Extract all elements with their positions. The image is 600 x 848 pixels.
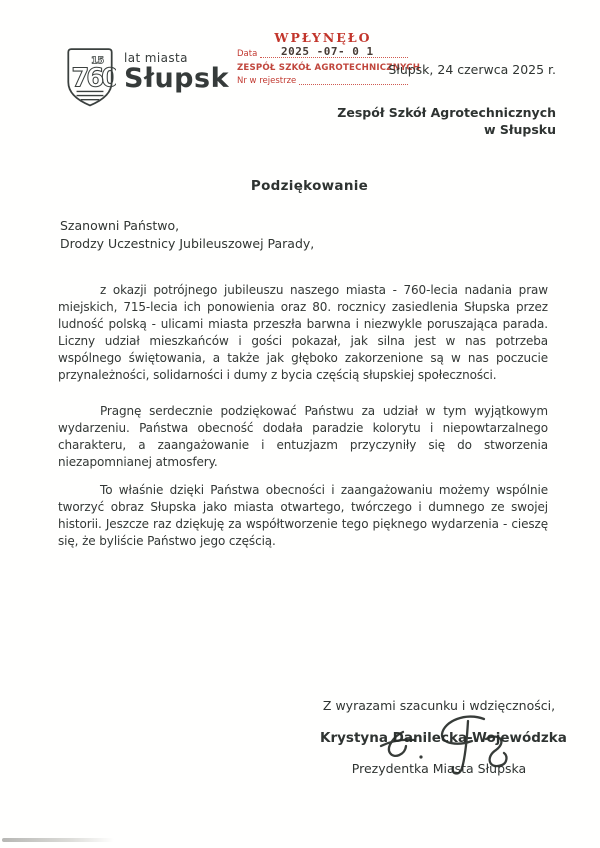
stamp-register-label: Nr w rejestrze: [237, 76, 296, 87]
closing-block: Z wyrazami szacunku i wdzięczności, Krys…: [320, 698, 558, 776]
letter-title: Podziękowanie: [64, 178, 555, 194]
salutation-line1: Szanowni Państwo,: [60, 217, 314, 235]
scanned-letter-page: 760 15 lat miasta Słupsk WPŁYNĘŁO Data 2…: [0, 0, 600, 848]
recipient-line1: Zespół Szkół Agrotechnicznych: [337, 104, 556, 121]
salutation-line2: Drodzy Uczestnicy Jubileuszowej Parady,: [60, 235, 314, 253]
stamp-dotted-leader: [299, 76, 408, 85]
signer-name: Krystyna Danilecka-Wojewódzka: [320, 730, 558, 746]
svg-text:15: 15: [91, 56, 104, 67]
body-paragraph-3: To właśnie dzięki Państwa obecności i za…: [58, 482, 548, 550]
closing-line: Z wyrazami szacunku i wdzięczności,: [320, 698, 558, 713]
stamp-date-label: Data: [237, 49, 257, 60]
stamp-received-word: WPŁYNĘŁO: [237, 30, 409, 45]
received-stamp: WPŁYNĘŁO Data 2025 -07- 0 1 ZESPÓŁ SZKÓŁ…: [237, 30, 409, 87]
stamp-date-value: 2025 -07- 0 1: [281, 45, 374, 58]
recipient-line2: w Słupsku: [337, 121, 556, 138]
recipient-block: Zespół Szkół Agrotechnicznych w Słupsku: [337, 104, 556, 138]
svg-text:760: 760: [71, 63, 116, 93]
stamp-date-row: Data 2025 -07- 0 1: [237, 49, 409, 60]
body-paragraph-2: Pragnę serdecznie podziękować Państwu za…: [58, 403, 548, 471]
body-paragraph-1: z okazji potrójnego jubileuszu naszego m…: [58, 282, 548, 384]
logo-city-name: Słupsk: [124, 65, 229, 92]
salutation-block: Szanowni Państwo, Drodzy Uczestnicy Jubi…: [60, 217, 314, 252]
slupsk-shield-emblem: 760 15: [64, 46, 116, 108]
scan-artifact: [2, 838, 114, 842]
place-date-line: Słupsk, 24 czerwca 2025 r.: [388, 62, 556, 77]
city-logo: 760 15 lat miasta Słupsk: [64, 46, 229, 108]
signer-title: Prezydentka Miasta Słupska: [320, 761, 558, 776]
logo-text: lat miasta Słupsk: [124, 52, 229, 92]
stamp-organization: ZESPÓŁ SZKÓŁ AGROTECHNICZNYCH: [237, 63, 409, 73]
stamp-register-row: Nr w rejestrze: [237, 76, 409, 87]
